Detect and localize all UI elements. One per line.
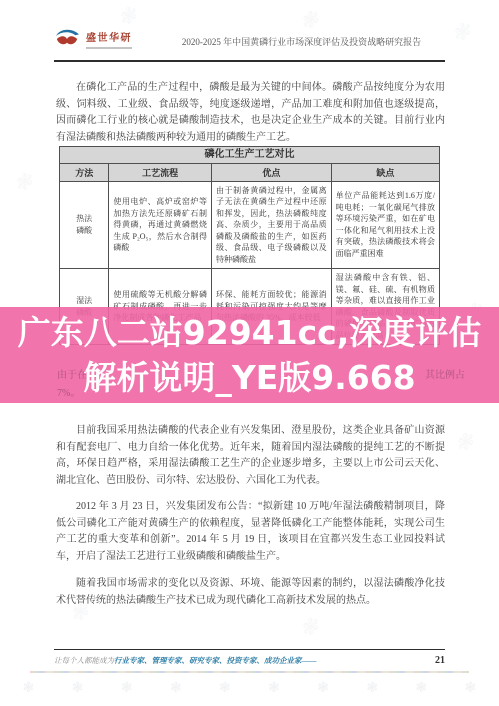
report-title: 2020-2025 年中国黄磷行业市场深度评估及投资战略研究报告 — [132, 35, 445, 48]
faint-watermark-stamp — [448, 18, 474, 49]
scan-artifact-line — [30, 671, 469, 673]
obscured-text-fragment: 7%。 — [57, 384, 80, 399]
cell-cons-thermal: 单位产品能耗达到1.6万度/吨电耗；一氧化碳尾气排放等环境污染严重，如在矿电一体… — [331, 181, 439, 269]
footer-divider — [54, 649, 445, 650]
header-divider — [54, 60, 445, 62]
overlay-watermark-line1: 广东八二站92941cc,深度评估 — [18, 310, 481, 355]
faint-watermark-stamp — [296, 613, 322, 644]
faint-watermark-stamp — [10, 168, 36, 199]
page-header: 盛世华研 2020-2025 年中国黄磷行业市场深度评估及投资战略研究报告 — [52, 24, 445, 58]
paragraph-xingfa-announcement: 2012 年 3 月 23 日，兴发集团发布公告：“拟新建 10 万吨/年湿法磷… — [56, 499, 445, 565]
cell-method-thermal: 热法磷酸 — [60, 181, 109, 269]
paragraph-intro: 在磷化工产品的生产过程中，磷酸是最为关键的中间体。磷酸产品按纯度分为农用级、饲料… — [56, 80, 445, 146]
column-header-cons: 缺点 — [331, 163, 439, 181]
overlay-watermark-line2: 解析说明_YE版9.668 — [83, 355, 415, 400]
logo-icon — [52, 27, 82, 56]
paragraph-companies: 目前我国采用热法磷酸的代表企业有兴发集团、澄星股份，这类企业具备矿山资源和有配套… — [56, 423, 445, 489]
column-header-pros: 优点 — [211, 163, 331, 181]
page-number: 21 — [435, 655, 445, 666]
cell-pros-thermal: 由于制备黄磷过程中，金属离子无法在黄磷生产过程中还原和挥发，因此，热法磷酸纯度高… — [211, 181, 331, 269]
page-footer: 让每个人都能成为 行业专家、管理专家、研究专家、投资专家、成功企业家—— 21 — [54, 655, 445, 666]
table-row: 热法磷酸 使用电炉、高炉或窑炉等加热方法先还原磷矿石制得黄磷，再通过黄磷燃烧生成… — [60, 181, 440, 269]
background-pattern-row — [4, 680, 495, 697]
obscured-text-fragment: 其比例占 — [425, 366, 465, 381]
paragraph-trend: 随着我国市场需求的变化以及资源、环境、能源等因素的制约，以湿法磷酸净化技术代替传… — [56, 576, 445, 609]
table-header-row: 方法 工艺流程 优点 缺点 — [60, 163, 440, 181]
company-logo: 盛世华研 — [52, 27, 132, 56]
table-title: 磷化工生产工艺对比 — [60, 147, 440, 164]
column-header-method: 方法 — [60, 163, 109, 181]
footer-slogan: 行业专家、管理专家、研究专家、投资专家、成功企业家—— — [114, 655, 317, 666]
footer-slogan-prefix: 让每个人都能成为 — [54, 655, 114, 666]
cell-process-thermal: 使用电炉、高炉或窑炉等加热方法先还原磷矿石制得黄磷，再通过黄磷燃烧生成 P₂O₅… — [109, 181, 212, 269]
document-page: 盛世华研 2020-2025 年中国黄磷行业市场深度评估及投资战略研究报告 在磷… — [0, 0, 499, 706]
obscured-text-fragment: 由于在 — [57, 366, 87, 381]
column-header-process: 工艺流程 — [109, 163, 212, 181]
faint-watermark-stamp — [451, 428, 477, 459]
logo-url-text — [86, 47, 132, 49]
logo-text: 盛世华研 — [86, 34, 132, 44]
